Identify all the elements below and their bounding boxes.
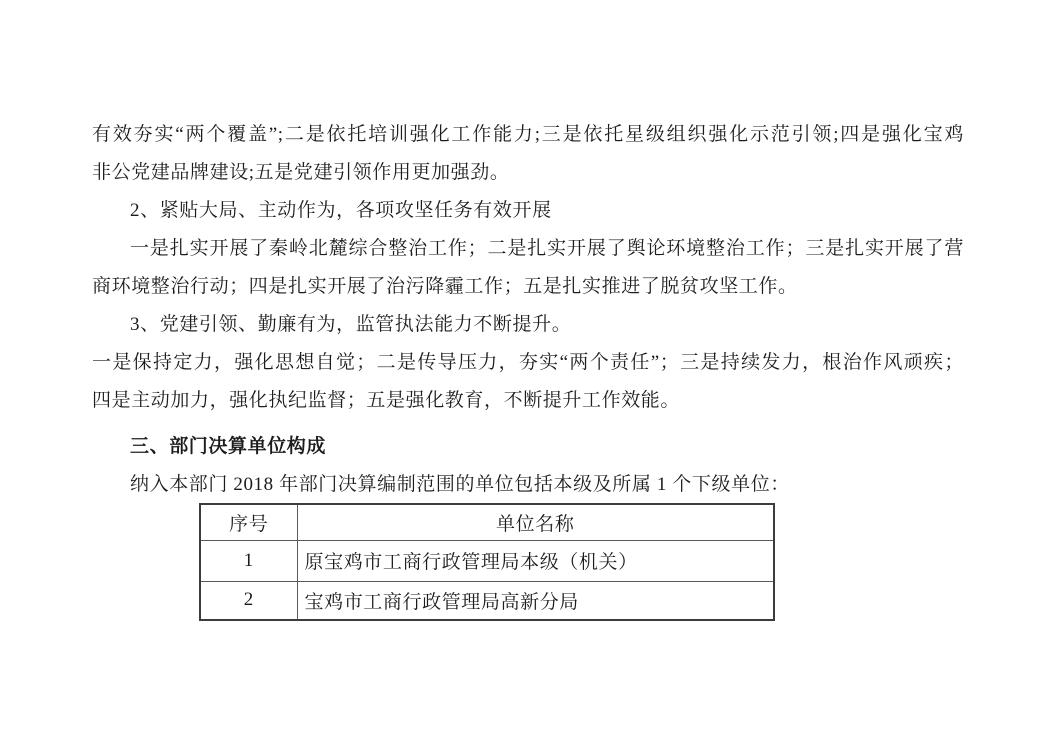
document-page: 有效夯实“两个覆盖”;二是依托培训强化工作能力;三是依托星级组织强化示范引领;四… [0, 0, 1053, 744]
table-cell-unit-name: 原宝鸡市工商行政管理局本级（机关） [297, 540, 774, 581]
paragraph-line: 一是扎实开展了秦岭北麓综合整治工作；二是扎实开展了舆论环境整治工作；三是扎实开展… [92, 230, 964, 268]
table-header-unit-name: 单位名称 [297, 504, 774, 540]
paragraph-line: 商环境整治行动；四是扎实开展了治污降霾工作；五是扎实推进了脱贫攻坚工作。 [92, 268, 964, 306]
document-body: 有效夯实“两个覆盖”;二是依托培训强化工作能力;三是依托星级组织强化示范引领;四… [92, 116, 964, 504]
section-heading-3: 3、党建引领、勤廉有为，监管执法能力不断提升。 [92, 306, 964, 344]
table-cell-serial-number: 2 [200, 581, 297, 620]
paragraph-line: 非公党建品牌建设;五是党建引领作用更加强劲。 [92, 154, 964, 192]
table-cell-unit-name: 宝鸡市工商行政管理局高新分局 [297, 581, 774, 620]
paragraph-line: 一是保持定力，强化思想自觉；二是传导压力，夯实“两个责任”；三是持续发力，根治作… [92, 344, 964, 382]
table-header-serial-number: 序号 [200, 504, 297, 540]
table-row: 1 原宝鸡市工商行政管理局本级（机关） [200, 540, 774, 581]
section-heading-budget-units: 三、部门决算单位构成 [92, 428, 964, 466]
paragraph-line: 纳入本部门 2018 年部门决算编制范围的单位包括本级及所属 1 个下级单位： [92, 466, 964, 504]
paragraph-line: 四是主动加力，强化执纪监督；五是强化教育，不断提升工作效能。 [92, 382, 964, 420]
table-header-row: 序号 单位名称 [200, 504, 774, 540]
paragraph-line: 有效夯实“两个覆盖”;二是依托培训强化工作能力;三是依托星级组织强化示范引领;四… [92, 116, 964, 154]
section-heading-2: 2、紧贴大局、主动作为，各项攻坚任务有效开展 [92, 192, 964, 230]
table-row: 2 宝鸡市工商行政管理局高新分局 [200, 581, 774, 620]
table-cell-serial-number: 1 [200, 540, 297, 581]
budget-units-table: 序号 单位名称 1 原宝鸡市工商行政管理局本级（机关） 2 宝鸡市工商行政管理局… [199, 503, 775, 621]
